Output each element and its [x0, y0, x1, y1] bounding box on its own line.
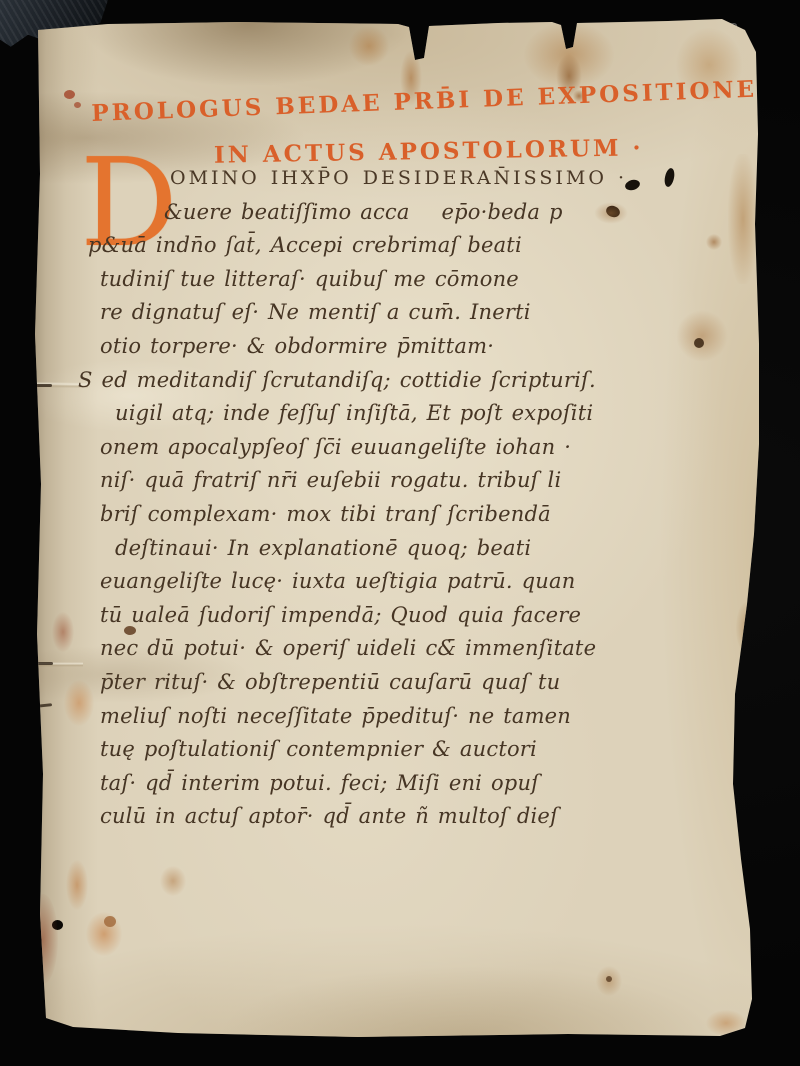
stain	[606, 976, 612, 982]
manuscript-line: onem apocalypſeoſ ſc̄i euuangeliſte ioha…	[100, 431, 688, 465]
stain	[160, 866, 186, 896]
parchment-page: PROLOGUS BEDAE PRB̄I DE EXPOSITIONE IN A…	[28, 14, 759, 1046]
stain	[706, 234, 722, 250]
manuscript-line: otio torpere· & obdormire p̄mittam·	[100, 330, 688, 364]
manuscript-line: p̄ter rituſ· & obſtrepentiū cauſarū quaſ…	[100, 666, 688, 700]
manuscript-line: &uere beatiſſimo acca ep̄o·beda p	[100, 196, 688, 230]
sewing-mark	[37, 662, 53, 665]
manuscript-line: taſ· qd̄ interim potui. feci; Miſi eni o…	[100, 767, 688, 801]
stain	[86, 912, 122, 956]
manuscript-line: meliuſ noſti neceſſitate p̄pedituſ· ne t…	[100, 700, 688, 734]
red-spot	[74, 102, 81, 108]
sewing-mark	[36, 384, 52, 387]
manuscript-line: OMINO IHXP̄O DESIDERAN̄ISSIMO ·	[100, 162, 688, 196]
manuscript-line: nec dū potui· & operiſ uideli c&̄ immenſ…	[100, 632, 688, 666]
manuscript-line: deſtinaui· In explanationē quoq; beati	[100, 532, 688, 566]
manuscript-line: culū in actuſ aptor̄· qd̄ ante ñ multoſ …	[100, 800, 688, 834]
manuscript-line: tudiniſ tue litteraſ· quibuſ me cōmone	[100, 263, 688, 297]
manuscript-photo: { "folio": { "number": "3" }, "rubric": …	[0, 0, 800, 1066]
ink-blot	[694, 338, 704, 348]
manuscript-line: uigil atq; inde feſſuſ inſiſtā, Et poſt …	[100, 397, 688, 431]
manuscript-line: re dignatuſ eſ· Ne mentiſ a cum̄. Inerti	[100, 296, 688, 330]
stain	[104, 916, 116, 927]
manuscript-line: tuę poſtulationiſ contempnier & auctori	[100, 733, 688, 767]
manuscript-line: niſ· quā fratriſ nr̄i euſebii rogatu. tr…	[100, 464, 688, 498]
red-spot	[64, 90, 75, 99]
stain	[596, 966, 622, 996]
rubric-title-line1: PROLOGUS BEDAE PRB̄I DE EXPOSITIONE	[91, 76, 757, 127]
manuscript-line: tū ualeā ſudoriſ impendā; Quod quia face…	[100, 599, 688, 633]
manuscript-line: S ed meditandiſ ſcrutandiſq; cottidie ſc…	[78, 364, 688, 398]
stain	[348, 26, 390, 66]
stain	[66, 860, 88, 910]
wormhole	[52, 920, 63, 930]
stain	[728, 154, 758, 284]
manuscript-line: briſ complexam· mox tibi tranſ ſcribendā	[100, 498, 688, 532]
text-block: OMINO IHXP̄O DESIDERAN̄ISSIMO ·&uere bea…	[100, 162, 688, 834]
manuscript-line: p&uā indn̄o ſat̄, Accepi crebrimaſ beati	[88, 229, 688, 263]
stain	[64, 680, 94, 726]
stain	[52, 612, 74, 652]
manuscript-line: euangeliſte lucę· iuxta ueſtigia patrū. …	[100, 565, 688, 599]
